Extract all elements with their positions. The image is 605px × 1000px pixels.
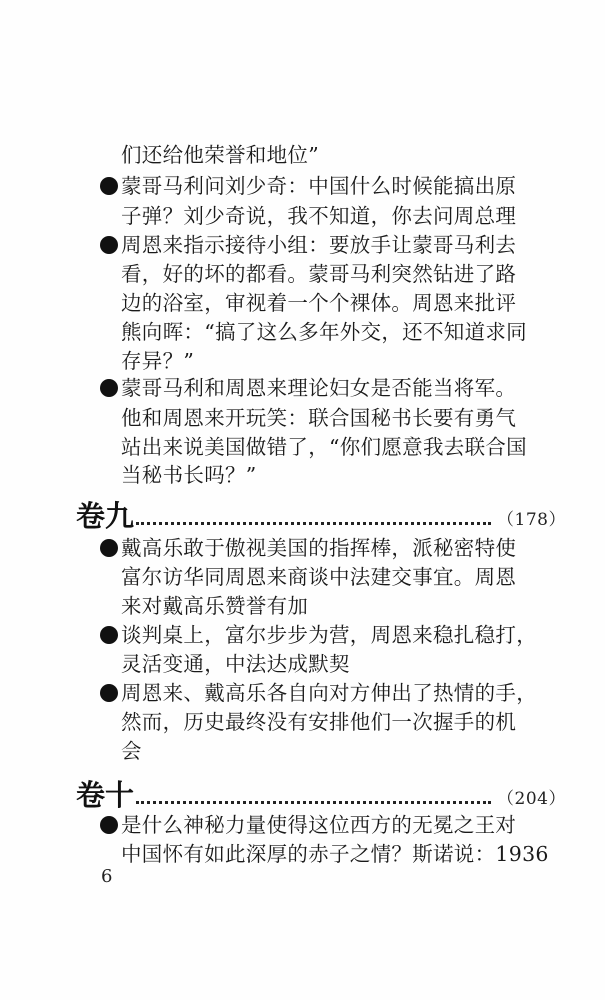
bullet-icon [100, 379, 118, 397]
toc-entry: 是什么神秘力量使得这位西方的无冕之王对 [100, 811, 516, 840]
chapter-page-ref: （204） [497, 785, 566, 813]
bullet-icon [100, 177, 118, 195]
entry-text-cont: 看，好的坏的都看。蒙哥马利突然钻进了路 [121, 260, 516, 289]
bullet-icon [100, 236, 118, 254]
entry-text-cont: 中国怀有如此深厚的赤子之情？斯诺说：1936 [121, 840, 549, 869]
toc-entry: 蒙哥马利问刘少奇：中国什么时候能搞出原 [100, 172, 516, 201]
dot-leader [136, 801, 491, 804]
entry-text: 周恩来、戴高乐各自向对方伸出了热情的手， [121, 681, 537, 705]
chapter-title: 卷九 [76, 498, 134, 534]
toc-entry: 谈判桌上，富尔步步为营，周恩来稳扎稳打， [100, 621, 537, 650]
entry-text-cont: 存异？” [121, 347, 194, 376]
bullet-icon [100, 684, 118, 702]
entry-text: 周恩来指示接待小组：要放手让蒙哥马利去 [121, 233, 516, 257]
bullet-icon [100, 626, 118, 644]
bullet-icon [100, 816, 118, 834]
bullet-icon [100, 539, 118, 557]
book-page-toc: 们还给他荣誉和地位” 蒙哥马利问刘少奇：中国什么时候能搞出原 子弹？刘少奇说，我… [0, 0, 605, 1000]
entry-text-cont: 然而，历史最终没有安排他们一次握手的机 [121, 708, 516, 737]
entry-text: 蒙哥马利问刘少奇：中国什么时候能搞出原 [121, 174, 516, 198]
chapter-heading-9[interactable]: 卷九 （178） [76, 498, 566, 534]
dot-leader [136, 522, 491, 525]
entry-text-cont: 子弹？刘少奇说，我不知道，你去问周总理 [121, 202, 516, 231]
entry-text-cont: 富尔访华同周恩来商谈中法建交事宜。周恩 [121, 563, 516, 592]
entry-text-cont: 灵活变通，中法达成默契 [121, 650, 350, 679]
continuation-line: 们还给他荣誉和地位” [121, 141, 319, 170]
entry-text-cont: 他和周恩来开玩笑：联合国秘书长要有勇气 [121, 404, 516, 433]
entry-text: 蒙哥马利和周恩来理论妇女是否能当将军。 [121, 376, 516, 400]
chapter-heading-10[interactable]: 卷十 （204） [76, 777, 566, 813]
entry-text: 是什么神秘力量使得这位西方的无冕之王对 [121, 813, 516, 837]
entry-text-cont: 边的浴室，审视着一个个裸体。周恩来批评 [121, 289, 516, 318]
entry-text: 谈判桌上，富尔步步为营，周恩来稳扎稳打， [121, 623, 537, 647]
entry-text-cont: 当秘书长吗？” [121, 461, 257, 490]
entry-text-cont: 来对戴高乐赞誉有加 [121, 592, 308, 621]
entry-text-cont: 站出来说美国做错了，“你们愿意我去联合国 [121, 433, 527, 462]
toc-entry: 周恩来指示接待小组：要放手让蒙哥马利去 [100, 231, 516, 260]
entry-text: 戴高乐敢于傲视美国的指挥棒，派秘密特使 [121, 536, 516, 560]
toc-entry: 周恩来、戴高乐各自向对方伸出了热情的手， [100, 679, 537, 708]
chapter-page-ref: （178） [497, 506, 566, 534]
entry-text-cont: 熊向晖：“搞了这么多年外交，还不知道求同 [121, 318, 527, 347]
chapter-title: 卷十 [76, 777, 134, 813]
toc-entry: 蒙哥马利和周恩来理论妇女是否能当将军。 [100, 374, 516, 403]
page-number: 6 [101, 866, 112, 887]
entry-text-cont: 会 [121, 737, 142, 766]
toc-entry: 戴高乐敢于傲视美国的指挥棒，派秘密特使 [100, 534, 516, 563]
